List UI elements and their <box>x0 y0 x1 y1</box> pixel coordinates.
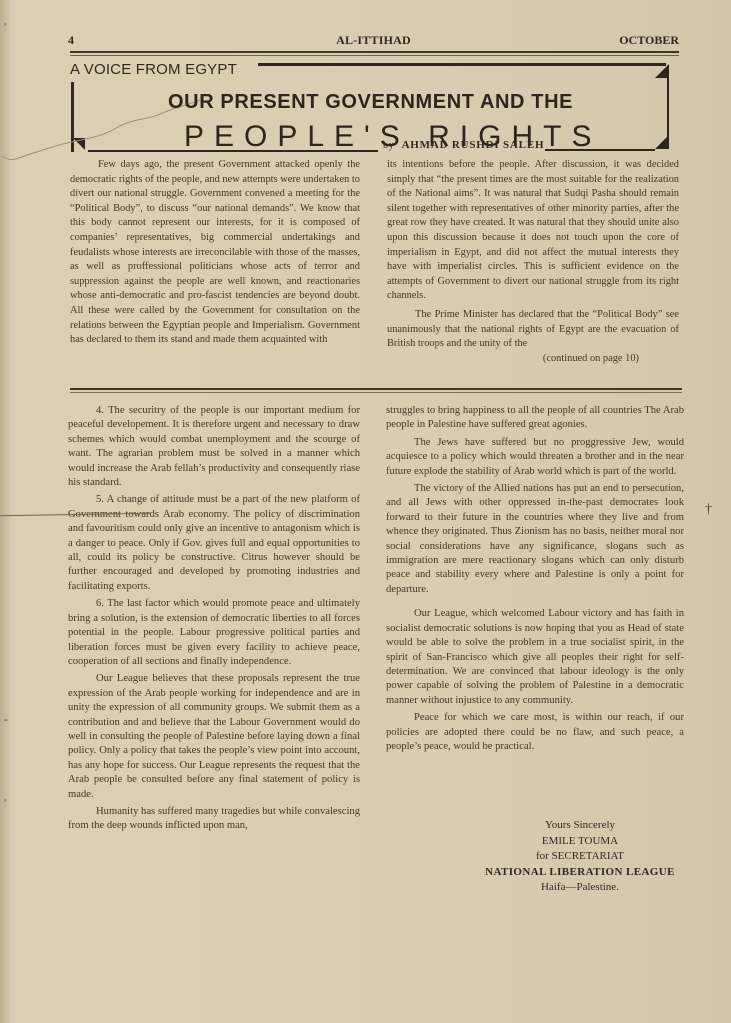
letter-paragraph: struggles to bring happiness to all the … <box>386 404 684 433</box>
margin-tick-mark: ′ <box>4 20 7 35</box>
letter-signature: Yours Sincerely EMILE TOUMA for SECRETAR… <box>450 818 710 896</box>
letter-paragraph: The victory of the Allied nations has pu… <box>386 482 684 597</box>
header-rule <box>70 51 679 53</box>
letter-paragraph: 4. The securitry of the people is our im… <box>68 404 360 490</box>
running-head: 4 AL-ITTIHAD OCTOBER <box>68 33 679 49</box>
signature-name: EMILE TOUMA <box>450 834 710 850</box>
article-title-line1: OUR PRESENT GOVERNMENT AND THE <box>168 91 588 114</box>
corner-ornament-top-right <box>655 64 669 78</box>
byline-prefix: by <box>383 140 395 151</box>
corner-ornament-bottom-right <box>655 135 669 149</box>
issue-month: OCTOBER <box>619 33 679 48</box>
author-name: AHMAD RUSHDI SALEH <box>402 139 545 151</box>
article-paragraph: Few days ago, the present Government att… <box>70 158 360 348</box>
letter-paragraph: 5. A change of attitude must be a part o… <box>68 493 360 594</box>
letter-column-left: 4. The securitry of the people is our im… <box>68 404 360 834</box>
section-divider <box>70 388 682 390</box>
margin-tick-mark: ‐ <box>4 712 8 727</box>
signature-closing: Yours Sincerely <box>450 818 710 834</box>
margin-cross-mark: † <box>705 502 712 518</box>
continued-note: (continued on page 10) <box>387 352 679 367</box>
margin-tick-mark: ′ <box>4 796 7 811</box>
signature-role: for SECRETARIAT <box>450 849 710 865</box>
article-kicker: A VOICE FROM EGYPT <box>70 61 237 78</box>
letter-paragraph: Our League believes that these proposals… <box>68 672 360 802</box>
section-divider-thin <box>70 392 682 393</box>
article-byline: by AHMAD RUSHDI SALEH <box>383 139 544 151</box>
article-column-right: its intentions before the people. After … <box>387 158 679 366</box>
letter-column-right: struggles to bring happiness to all the … <box>386 404 684 754</box>
page-binding-edge <box>0 0 10 1023</box>
publication-name: AL-ITTIHAD <box>68 33 679 48</box>
signature-organization: NATIONAL LIBERATION LEAGUE <box>450 865 710 881</box>
letter-paragraph: Our League, which welcomed Labour victor… <box>386 607 684 708</box>
letter-paragraph: Humanity has suffered many tragedies but… <box>68 805 360 834</box>
corner-ornament-bottom-left <box>73 138 85 150</box>
signature-location: Haifa—Palestine. <box>450 880 710 896</box>
header-rule-thin <box>70 55 679 56</box>
article-column-left: Few days ago, the present Government att… <box>70 158 360 348</box>
letter-paragraph: Peace for which we care most, is within … <box>386 711 684 754</box>
article-paragraph: The Prime Minister has declared that the… <box>387 308 679 352</box>
letter-paragraph: The Jews have suffered but no proggressi… <box>386 436 684 479</box>
article-paragraph: its intentions before the people. After … <box>387 158 679 304</box>
letter-paragraph: 6. The last factor which would promote p… <box>68 597 360 669</box>
title-box-border-top <box>258 63 666 66</box>
